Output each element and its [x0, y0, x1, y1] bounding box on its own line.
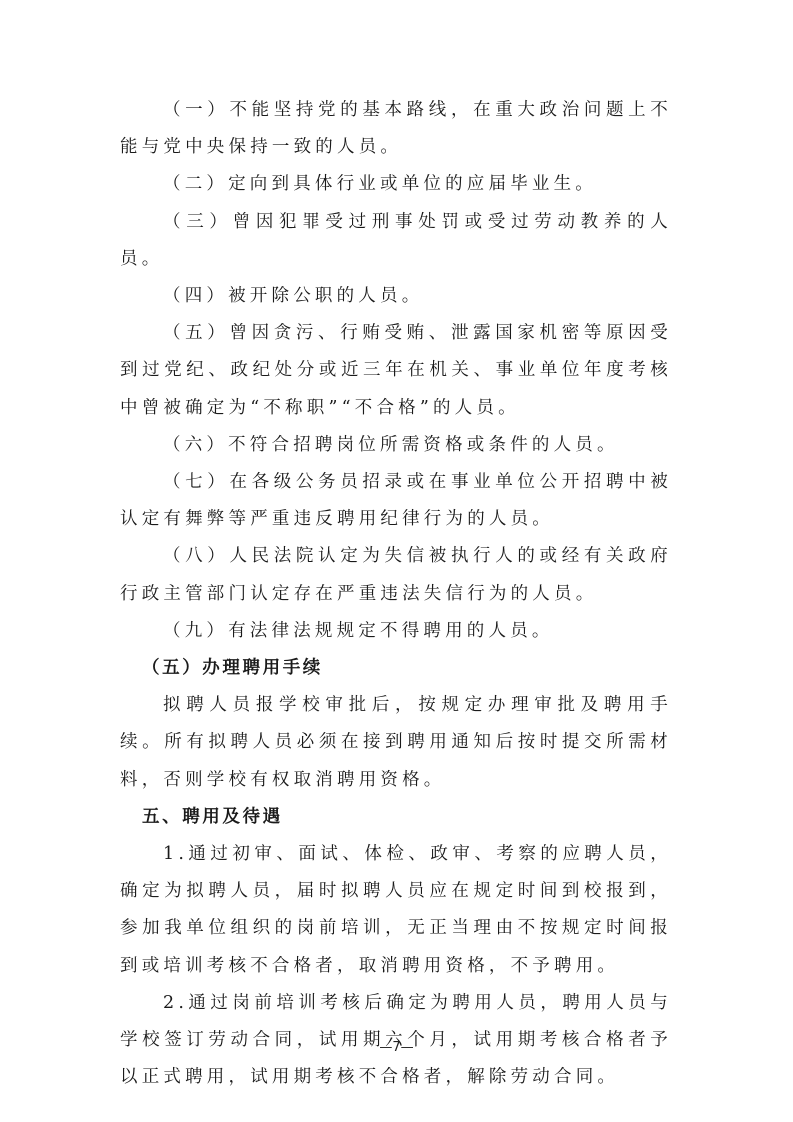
disqualification-item-5: （五）曾因贪污、行贿受贿、泄露国家机密等原因受到过党纪、政纪处分或近三年在机关、… — [120, 315, 672, 427]
subheading-employment-procedures: （五）办理聘用手续 — [120, 650, 672, 687]
employment-procedures-body: 拟聘人员报学校审批后，按规定办理审批及聘用手续。所有拟聘人员必须在接到聘用通知后… — [120, 687, 672, 799]
disqualification-item-3: （三）曾因犯罪受过刑事处罚或受过劳动教养的人员。 — [120, 204, 672, 278]
disqualification-item-8: （八）人民法院认定为失信被执行人的或经有关政府行政主管部门认定存在严重违法失信行… — [120, 538, 672, 612]
disqualification-item-6: （六）不符合招聘岗位所需资格或条件的人员。 — [120, 427, 672, 464]
section-heading-employment-and-benefits: 五、聘用及待遇 — [120, 799, 672, 836]
disqualification-item-2: （二）定向到具体行业或单位的应届毕业生。 — [120, 166, 672, 203]
disqualification-item-7: （七）在各级公务员招录或在事业单位公开招聘中被认定有舞弊等严重违反聘用纪律行为的… — [120, 464, 672, 538]
disqualification-item-1: （一）不能坚持党的基本路线，在重大政治问题上不能与党中央保持一致的人员。 — [120, 92, 672, 166]
disqualification-item-9: （九）有法律法规规定不得聘用的人员。 — [120, 613, 672, 650]
document-page: （一）不能坚持党的基本路线，在重大政治问题上不能与党中央保持一致的人员。 （二）… — [120, 92, 672, 1096]
page-number: —7— — [0, 1040, 793, 1055]
disqualification-item-4: （四）被开除公职的人员。 — [120, 278, 672, 315]
employment-clause-1: 1.通过初审、面试、体检、政审、考察的应聘人员，确定为拟聘人员，届时拟聘人员应在… — [120, 836, 672, 985]
